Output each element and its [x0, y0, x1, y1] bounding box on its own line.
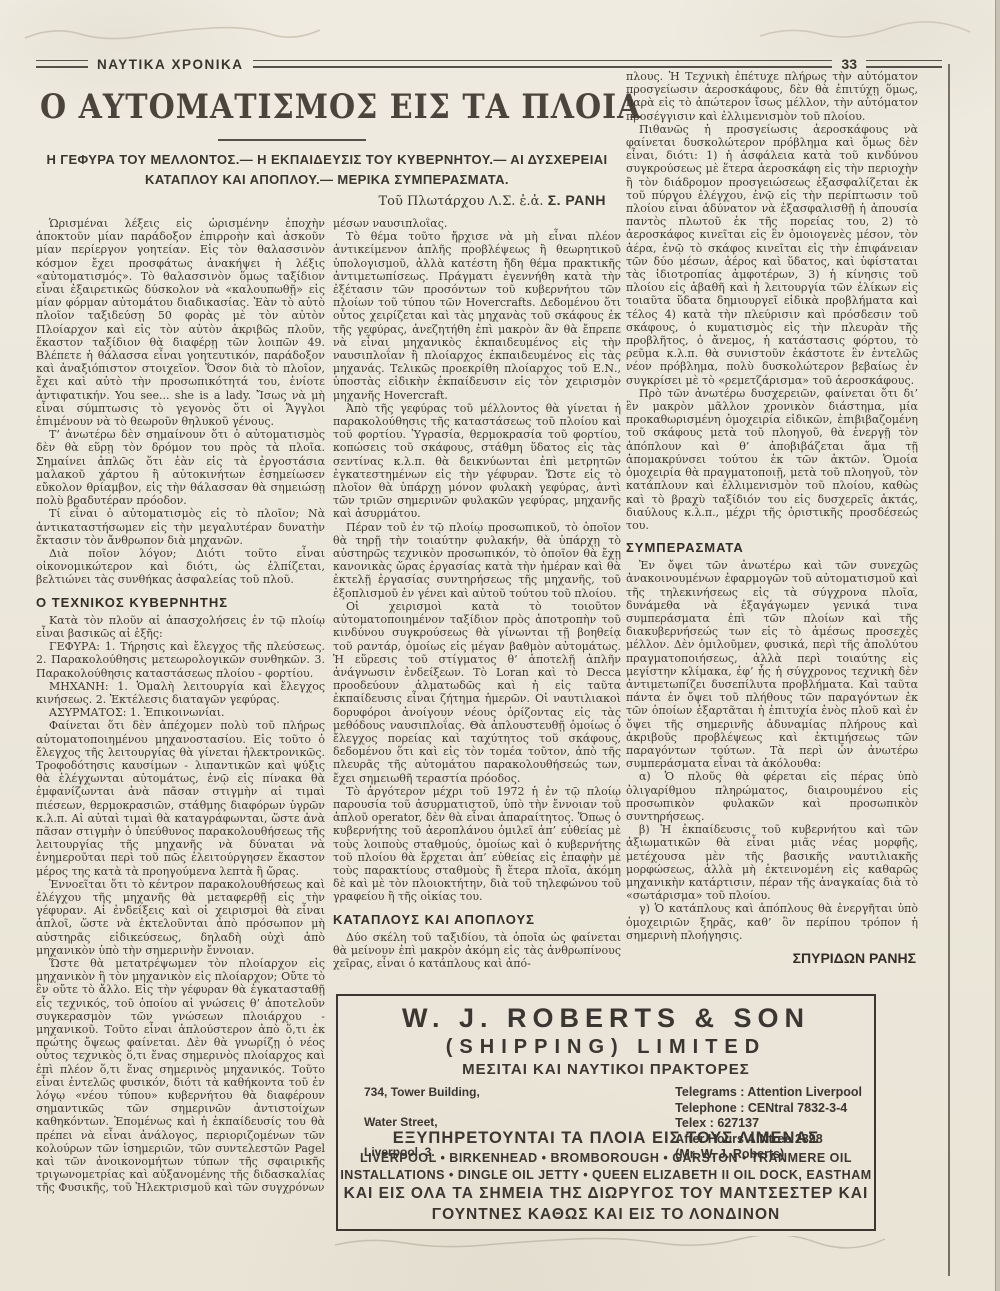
article-title: Ο ΑΥΤΟΜΑΤΙΣΜΟΣ ΕΙΣ ΤΑ ΠΛΟΙΑ — [40, 88, 570, 127]
ad-tagline: ΜΕΣΙΤΑΙ ΚΑΙ ΝΑΥΤΙΚΟΙ ΠΡΑΚΤΟΡΕΣ — [338, 1061, 874, 1078]
ad-box-wj-roberts: W. J. ROBERTS & SON (SHIPPING) LIMITED Μ… — [336, 994, 876, 1231]
article-paragraph: Ἀπὸ τῆς γεφύρας τοῦ μέλλοντος θὰ γίνεται… — [333, 402, 621, 521]
ad-address-line: 734, Tower Building, — [364, 1085, 480, 1099]
ad-ports-line: LIVERPOOL • BIRKENHEAD • BROMBOROUGH • G… — [338, 1151, 874, 1165]
article-paragraph: ΓΕΦΥΡΑ: 1. Τήρησις καὶ ἔλεγχος τῆς πλεύσ… — [36, 640, 325, 680]
article-paragraph: Ἐννοεῖται ὅτι τὸ κέντρον παρακολουθήσεως… — [36, 878, 325, 957]
header-rule-left — [36, 60, 88, 68]
article-paragraph: Δύο σκέλη τοῦ ταξιδίου, τὰ ὁποῖα ὡς φαίν… — [333, 931, 621, 971]
article-paragraph: Πρὸ τῶν ἀνωτέρω δυσχερειῶν, φαίνεται ὅτι… — [626, 387, 918, 532]
article-paragraph: Πιθανῶς ἡ προσγείωσις ἀεροσκάφους νὰ φαί… — [626, 123, 918, 387]
article-paragraph: γ) Ὁ κατάπλους καὶ ἀπόπλους θὰ ἐνεργῆται… — [626, 902, 918, 942]
scan-artifact — [0, 16, 1000, 50]
ad-company-name: W. J. ROBERTS & SON — [338, 1003, 874, 1034]
ad-canal-line: ΚΑΙ ΕΙΣ ΟΛΑ ΤΑ ΣΗΜΕΙΑ ΤΗΣ ΔΙΩΡΥΓΟΣ ΤΟΥ Μ… — [338, 1185, 874, 1203]
article-paragraph: Ὥστε θὰ μετατρέψωμεν τὸν πλοίαρχον εἰς μ… — [36, 957, 325, 1195]
section-heading-conclusions: ΣΥΜΠΕΡΑΣΜΑΤΑ — [626, 540, 918, 555]
title-divider — [218, 139, 366, 141]
magazine-page: ΝΑΥΤΙΚΑ ΧΡΟΝΙΚΑ 33 Ο ΑΥΤΟΜΑΤΙΣΜΟΣ ΕΙΣ ΤΑ… — [0, 0, 1000, 1291]
page-edge — [995, 0, 1000, 1291]
ad-service-headline: ΕΞΥΠΗΡΕΤΟΥΝΤΑΙ ΤΑ ΠΛΟΙΑ ΕΙΣ ΤΟΥΣ ΛΙΜΕΝΑΣ — [338, 1129, 874, 1148]
column-1: Ὡρισμέναι λέξεις εἰς ὡρισμένην ἐποχὴν ἀπ… — [36, 217, 325, 1263]
article-paragraph: β) Ἡ ἐκπαίδευσις τοῦ κυβερνήτου καὶ τῶν … — [626, 823, 918, 902]
article-paragraph: Ἐν ὄψει τῶν ἀνωτέρω καὶ τῶν συνεχῶς ἀνακ… — [626, 559, 918, 770]
article-paragraph: Τὸ θέμα τοῦτο ἤρχισε νὰ μὴ εἶναι πλέον ἀ… — [333, 230, 621, 402]
ad-contact-line: Telegrams : Attention Liverpool — [675, 1085, 862, 1101]
section-heading-technical-captain: Ο ΤΕΧΝΙΚΟΣ ΚΥΒΕΡΝΗΤΗΣ — [36, 595, 325, 610]
scan-fold-line — [948, 64, 950, 1276]
ad-company-type: (SHIPPING) LIMITED — [338, 1036, 874, 1059]
header-rule-right — [866, 60, 942, 68]
article-paragraph: Τὸ ἀργότερον μέχρι τοῦ 1972 ἡ ἐν τῷ πλοί… — [333, 785, 621, 904]
ad-ports-line: INSTALLATIONS • DINGLE OIL JETTY • QUEEN… — [338, 1168, 874, 1182]
column-2: μέσων ναυσιπλοΐας. Τὸ θέμα τοῦτο ἤρχισε … — [333, 217, 621, 987]
article-paragraph: Διὰ ποῖον λόγον; Διότι τοῦτο εἶναι οἰκον… — [36, 547, 325, 587]
article-paragraph: Φαίνεται ὅτι δὲν ἀπέχομεν πολὺ τοῦ πλήρω… — [36, 719, 325, 877]
article-paragraph: μέσων ναυσιπλοΐας. — [333, 217, 621, 230]
byline-prefix: Τοῦ Πλωτάρχου Λ.Σ. ἐ.ἀ. — [378, 194, 547, 209]
article-byline: Τοῦ Πλωτάρχου Λ.Σ. ἐ.ἀ. Σ. ΡΑΝΗ — [34, 192, 620, 209]
article-signature: ΣΠΥΡΙΔΩΝ ΡΑΝΗΣ — [626, 950, 918, 966]
article-paragraph: Πέραν τοῦ ἐν τῷ πλοίῳ προσωπικοῦ, τὸ ὁπο… — [333, 521, 621, 600]
article-paragraph: Οἱ χειρισμοὶ κατὰ τὸ τοιοῦτον αὐτοματοπο… — [333, 600, 621, 785]
article-paragraph: Τ’ ἀνωτέρω δὲν σημαίνουν ὅτι ὁ αὐτοματισ… — [36, 428, 325, 507]
article-paragraph: Κατὰ τὸν πλοῦν αἱ ἀπασχολήσεις ἐν τῷ πλο… — [36, 614, 325, 640]
scan-artifact — [330, 1236, 890, 1254]
article-paragraph: ΑΣΥΡΜΑΤΟΣ: 1. Ἐπικοινωνίαι. — [36, 706, 325, 719]
byline-author-name: Σ. ΡΑΝΗ — [548, 192, 606, 208]
ad-contact-line: Telephone : CENtral 7832-3-4 — [675, 1101, 862, 1117]
section-heading-arrival-departure: ΚΑΤΑΠΛΟΥΣ ΚΑΙ ΑΠΟΠΛΟΥΣ — [333, 912, 621, 927]
ad-canal-line: ΓΟΥΝΤΝΕΣ ΚΑΘΩΣ ΚΑΙ ΕΙΣ ΤΟ ΛΟΝΔΙΝΟΝ — [338, 1206, 874, 1224]
article-paragraph: πλους. Ἡ Τεχνικὴ ἐπέτυχε πλήρως τὴν αὐτό… — [626, 70, 918, 123]
article-subtitle: Η ΓΕΦΥΡΑ ΤΟΥ ΜΕΛΛΟΝΤΟΣ.— Η ΕΚΠΑΙΔΕΥΣΙΣ Τ… — [34, 150, 620, 190]
header-rule-long — [253, 60, 833, 68]
article-paragraph: α) Ὁ πλοῦς θὰ φέρεται εἰς πέρας ὑπὸ ὀλιγ… — [626, 770, 918, 823]
ad-address-line: Water Street, — [364, 1115, 480, 1129]
article-paragraph: Ὡρισμέναι λέξεις εἰς ὡρισμένην ἐποχὴν ἀπ… — [36, 217, 325, 428]
article-paragraph: Τί εἶναι ὁ αὐτοματισμὸς εἰς τὸ πλοῖον; Ν… — [36, 507, 325, 547]
masthead: ΝΑΥΤΙΚΑ ΧΡΟΝΙΚΑ — [97, 57, 244, 72]
article-paragraph: ΜΗΧΑΝΗ: 1. Ὁμαλὴ λειτουργία καὶ ἔλεγχος … — [36, 680, 325, 706]
column-3: πλους. Ἡ Τεχνικὴ ἐπέτυχε πλήρως τὴν αὐτό… — [626, 70, 918, 992]
